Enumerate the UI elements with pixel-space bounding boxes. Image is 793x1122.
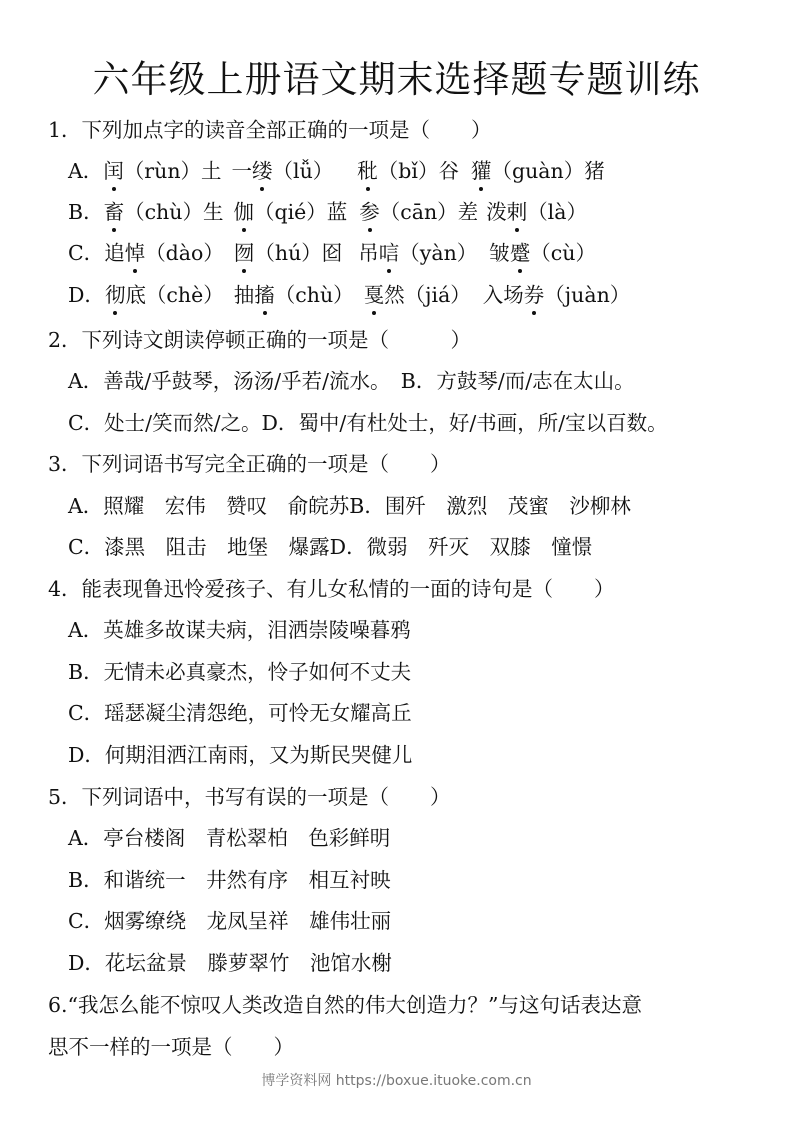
question-2-options-ab: A．善哉/乎鼓琴，汤汤/乎若/流水。 B．方鼓琴/而/志在太山。 bbox=[68, 366, 635, 396]
question-1-option-c: C．追悼（dào）囫（hú）囵吊唁（yàn）皱蹙（cù） bbox=[68, 238, 596, 268]
question-5-option-c: C．烟雾缭绕 龙凤呈祥 雄伟壮丽 bbox=[68, 906, 391, 936]
question-1-stem: 1．下列加点字的读音全部正确的一项是（ ） bbox=[48, 115, 492, 145]
question-4-option-c: C．瑶瑟凝尘清怨绝，可怜无女耀高丘 bbox=[68, 698, 412, 728]
opt-a-item-2: 一缕（lǚ） bbox=[232, 159, 334, 183]
question-1-option-a: A．闰（rùn）土一缕（lǚ）秕（bǐ）谷獾（guàn）猪 bbox=[68, 156, 605, 186]
question-1-option-b: B．畜（chù）生伽（qié）蓝参（cān）差泼剌（là） bbox=[68, 197, 587, 227]
opt-b-item-3: 参（cān）差 bbox=[359, 200, 478, 224]
question-4-option-a: A．英雄多故谋夫病，泪洒崇陵噪暮鸦 bbox=[68, 615, 411, 645]
opt-d-item-3: 戛然（jiá） bbox=[364, 283, 471, 307]
question-3-options-cd: C．漆黑 阻击 地堡 爆露D．微弱 歼灭 双膝 憧憬 bbox=[68, 532, 592, 562]
opt-c-item-4: 皱蹙（cù） bbox=[489, 241, 596, 265]
question-3-stem: 3．下列词语书写完全正确的一项是（ ） bbox=[48, 449, 451, 479]
question-5-option-a: A．亭台楼阁 青松翠柏 色彩鲜明 bbox=[68, 823, 390, 853]
question-5-stem: 5．下列词语中，书写有误的一项是（ ） bbox=[48, 782, 451, 812]
question-2-options-cd: C．处士/笑而然/之。D．蜀中/有杜处士，好/书画，所/宝以百数。 bbox=[68, 408, 668, 438]
opt-a-item-3: 秕（bǐ）谷 bbox=[357, 159, 459, 183]
page-title: 六年级上册语文期末选择题专题训练 bbox=[0, 52, 793, 108]
question-6-stem-continued: 思不一样的一项是（ ） bbox=[48, 1032, 294, 1062]
opt-b-item-2: 伽（qié）蓝 bbox=[233, 200, 347, 224]
opt-b-item-4: 泼剌（là） bbox=[486, 200, 587, 224]
opt-c-item-1: 追悼（dào） bbox=[104, 241, 224, 265]
question-4-option-b: B．无情未必真豪杰，怜子如何不丈夫 bbox=[68, 657, 411, 687]
question-6-stem: 6.“我怎么能不惊叹人类改造自然的伟大创造力？”与这句话表达意 bbox=[48, 990, 642, 1020]
opt-a-item-4: 獾（guàn）猪 bbox=[471, 159, 605, 183]
opt-a-item-1: 闰（rùn）土 bbox=[103, 159, 221, 183]
question-3-options-ab: A．照耀 宏伟 赞叹 俞皖苏B．围歼 激烈 茂蜜 沙柳林 bbox=[68, 491, 631, 521]
opt-d-item-2: 抽搐（chù） bbox=[234, 283, 354, 307]
question-1-option-d: D．彻底（chè）抽搐（chù）戛然（jiá）入场券（juàn） bbox=[68, 280, 630, 310]
opt-d-item-1: 彻底（chè） bbox=[105, 283, 224, 307]
opt-c-item-2: 囫（hú）囵 bbox=[234, 241, 342, 265]
question-4-option-d: D．何期泪洒江南雨，又为斯民哭健儿 bbox=[68, 740, 412, 770]
question-5-option-d: D．花坛盆景 滕萝翠竹 池馆水榭 bbox=[68, 948, 392, 978]
question-4-stem: 4．能表现鲁迅怜爱孩子、有儿女私情的一面的诗句是（ ） bbox=[48, 574, 615, 604]
opt-b-item-1: 畜（chù）生 bbox=[104, 200, 224, 224]
opt-d-item-4: 入场券（juàn） bbox=[483, 283, 630, 307]
opt-c-item-3: 吊唁（yàn） bbox=[358, 241, 477, 265]
question-2-stem: 2．下列诗文朗读停顿正确的一项是（ ） bbox=[48, 325, 471, 355]
footer-watermark: 博学资料网 https://boxue.ituoke.com.cn bbox=[0, 1070, 793, 1090]
question-5-option-b: B．和谐统一 井然有序 相互衬映 bbox=[68, 865, 391, 895]
